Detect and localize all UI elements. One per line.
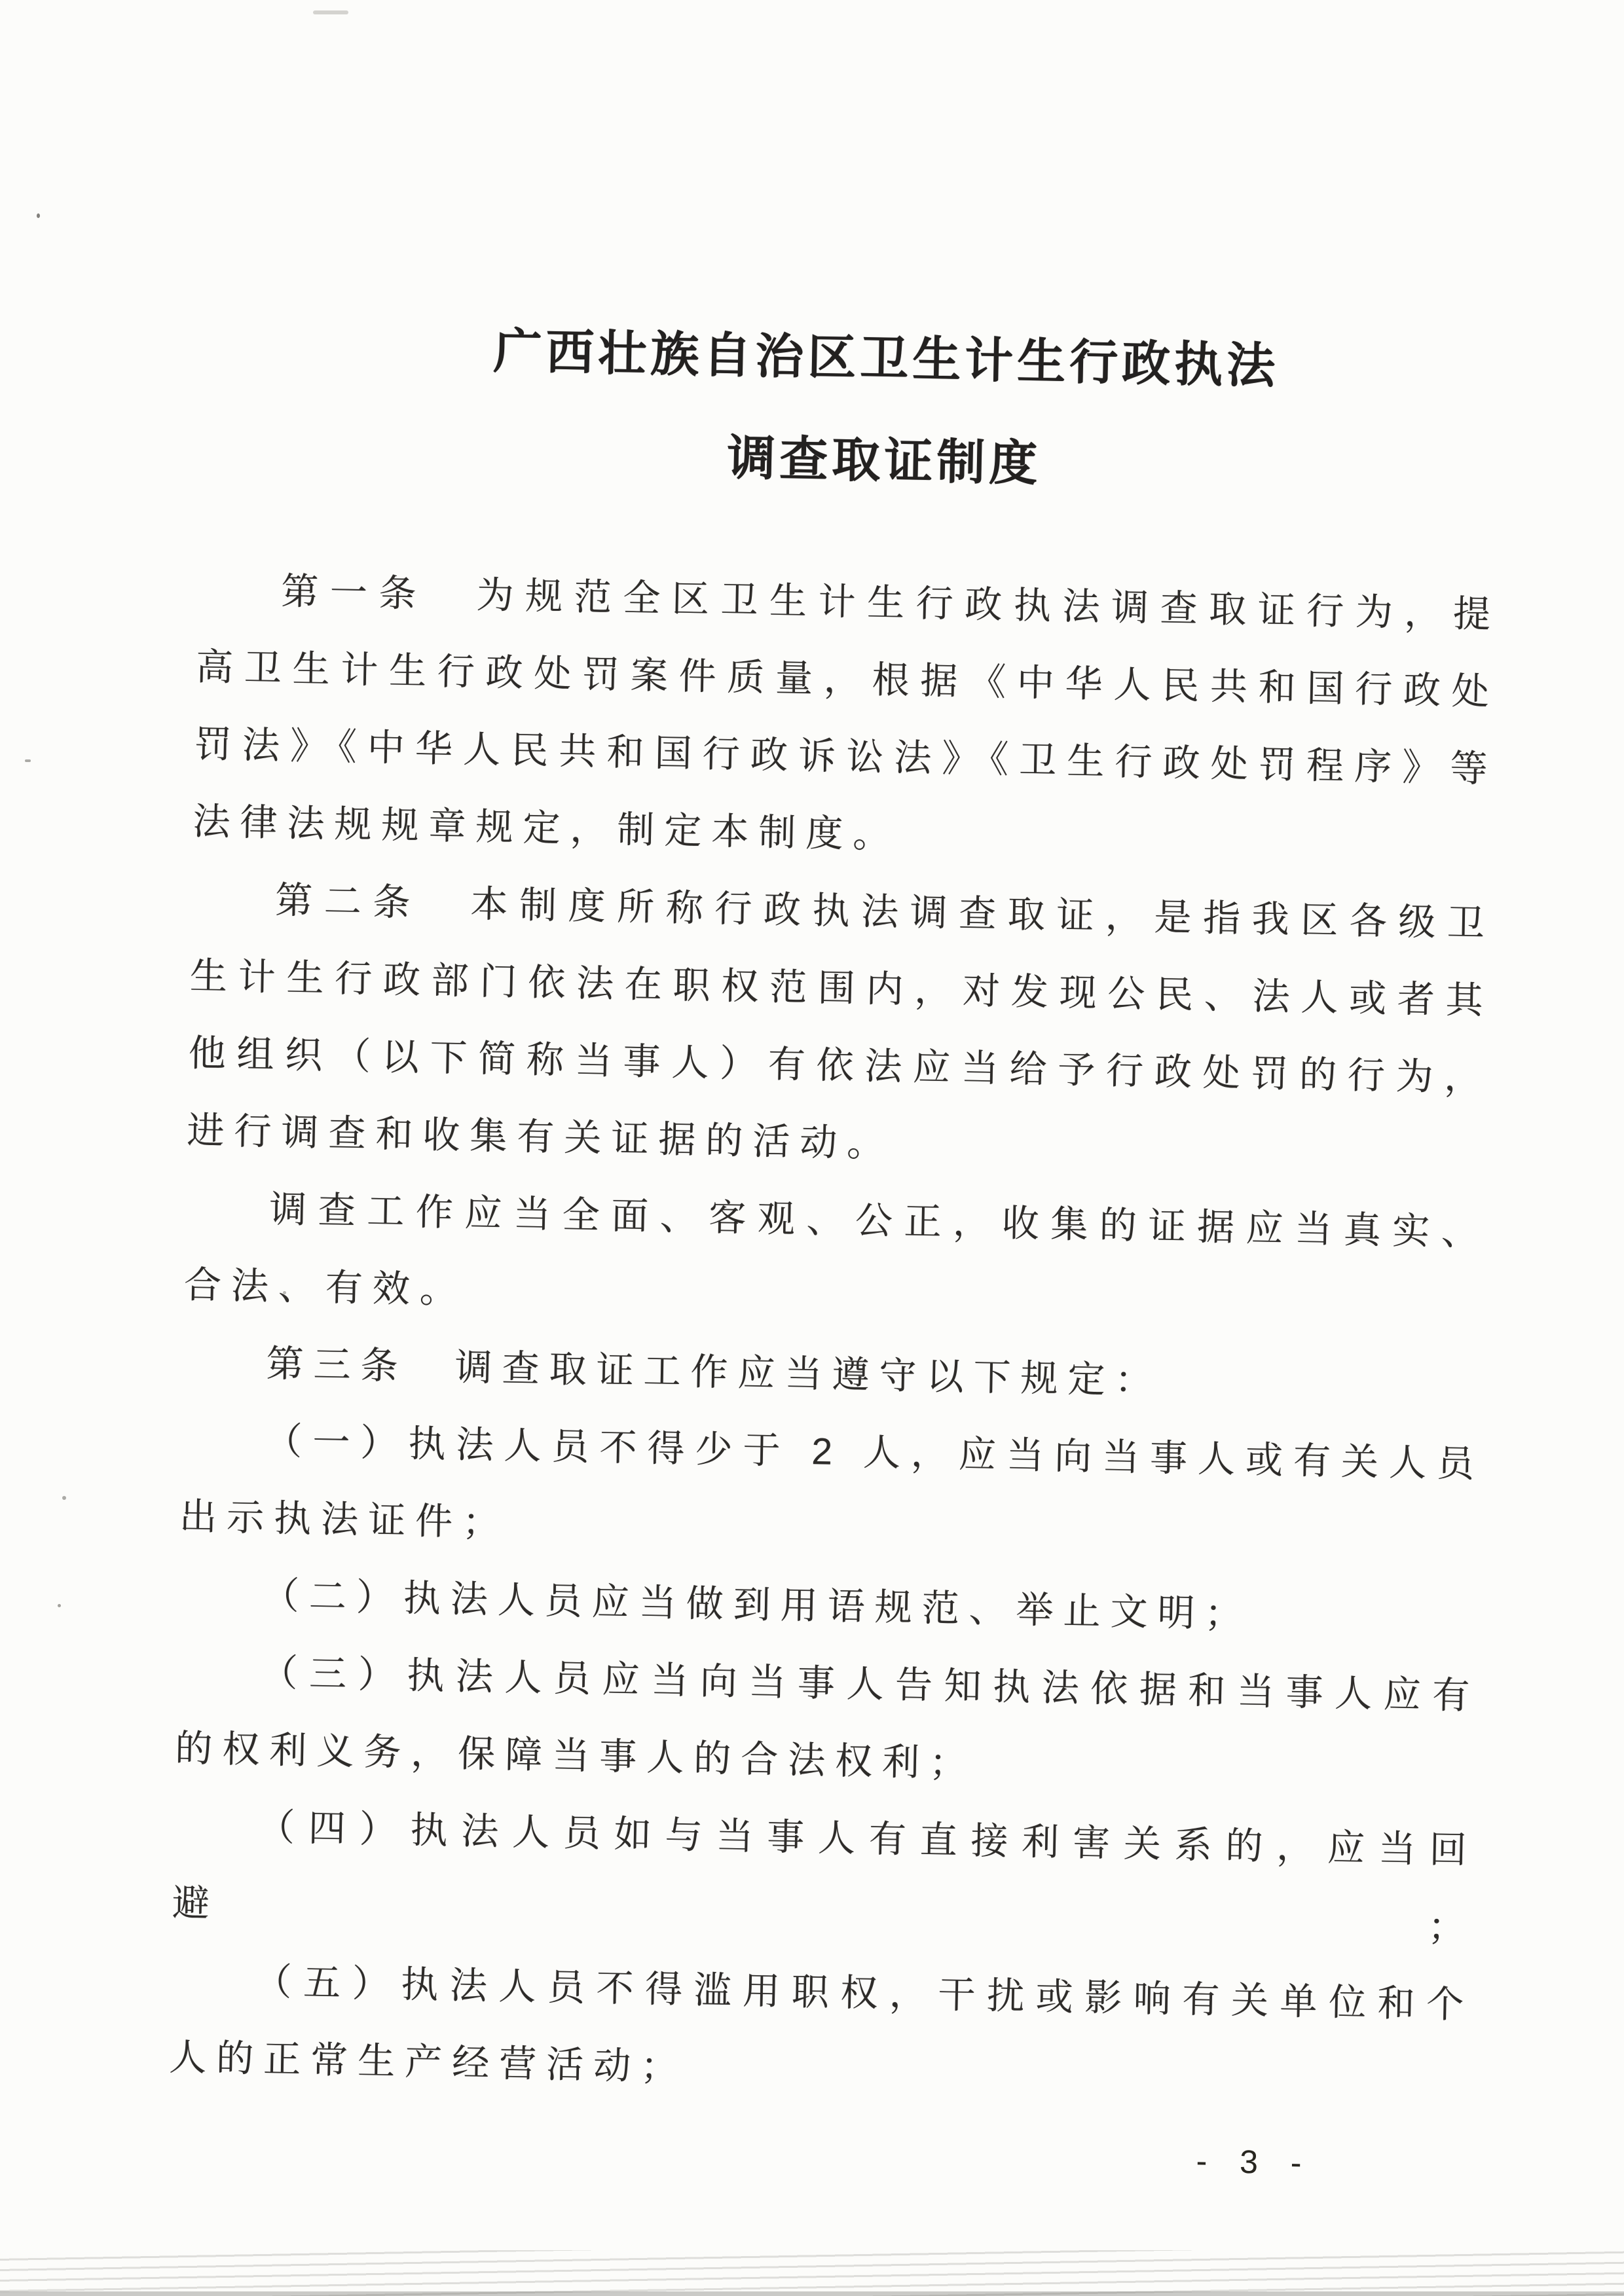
scan-artifact-speck-4 [58, 1604, 61, 1607]
text-line-17: （四）执法人员如与当事人有直接利害关系的，应当回避； [172, 1787, 1477, 1967]
scan-artifact-speck-3 [62, 1496, 66, 1500]
document-body: 第一条 为规范全区卫生计生行政执法调查取证行为，提 高卫生计生行政处罚案件质量，… [168, 551, 1501, 2121]
document-title: 广西壮族自治区卫生计生行政执法 调查取证制度 [199, 295, 1506, 524]
page-number: - 3 - [167, 2102, 1471, 2204]
scan-artifact-speck-6 [313, 10, 348, 14]
scan-artifact-speck-5 [283, 1291, 286, 1294]
scan-artifact-bottom-edge [0, 2291, 1624, 2296]
scanned-document-page: 广西壮族自治区卫生计生行政执法 调查取证制度 第一条 为规范全区卫生计生行政执法… [0, 0, 1624, 2296]
scan-artifact-speck-1 [37, 213, 40, 218]
document-content: 广西壮族自治区卫生计生行政执法 调查取证制度 第一条 为规范全区卫生计生行政执法… [167, 295, 1506, 2205]
scan-artifact-speck-2 [25, 759, 31, 762]
scan-artifact-bottom-streaks [0, 2250, 1624, 2296]
